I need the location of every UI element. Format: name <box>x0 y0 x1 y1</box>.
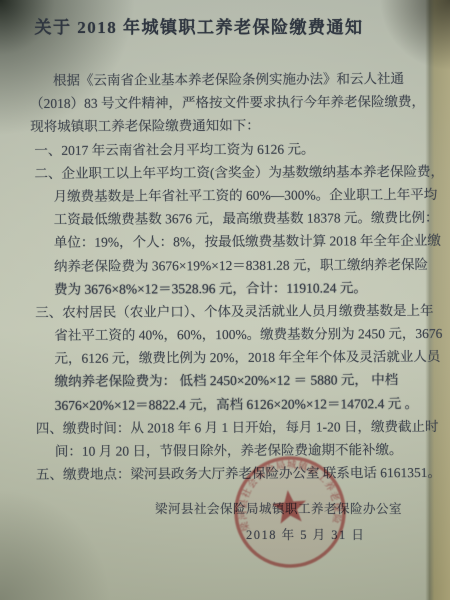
item-3-line: 缴纳养老保险费为： 低档 2450×20%×12 ＝ 5880 元， 中档 <box>54 368 431 393</box>
item-4-line: 四、缴费时间：从 2018 年 6 月 1 日开始，每月 1-20 日，缴费截止… <box>36 415 432 440</box>
item-2-line: 工资最低缴费基数 3676 元，最高缴费基数 18378 元。缴费比例： <box>54 206 431 231</box>
item-2-line: 月缴费基数是上年省社平工资的 60%—300%。企业职工上年平均 <box>54 183 431 208</box>
notice-title: 关于 2018 年城镇职工养老保险缴费通知 <box>0 13 424 38</box>
item-2-line: 单位：19%，个人：8%，按最低缴费基数计算 2018 年全年企业缴 <box>54 229 431 254</box>
intro-line: 根据《云南省企业基本养老保险条例实施办法》和云人社通 <box>30 67 430 92</box>
item-2-line: 二、企业职工以上年平均工资(含奖金）为基数缴纳基本养老保险费， <box>34 160 430 185</box>
item-1-line: 一、2017 年云南省社会月平均工资为 6126 元。 <box>34 137 430 162</box>
notice-body: 根据《云南省企业基本养老保险条例实施办法》和云人社通 （2018）83 号文件精… <box>30 67 432 486</box>
official-seal-stamp: 梁河县社会保险局城镇职工养老保险办公室 <box>224 446 356 578</box>
item-2-line: 纳养老保险费为 3676×19%×12＝8381.28 元，职工缴纳养老保险 <box>54 252 431 277</box>
intro-line: 现将城镇职工养老保险缴费通知如下： <box>30 113 430 138</box>
document-photo: 关于 2018 年城镇职工养老保险缴费通知 根据《云南省企业基本养老保险条例实施… <box>0 0 450 600</box>
item-3-line: 元，6126 元，缴费比例为 20%，2018 年全年个体及灵活就业人员 <box>54 345 431 370</box>
item-3-line: 三、农村居民（农业户口）、个体及灵活就业人员月缴费基数是上年 <box>35 299 431 324</box>
item-3-line: 3676×20%×12＝8822.4 元，高档 6126×20%×12＝1470… <box>55 392 432 417</box>
intro-line: （2018）83 号文件精神，严格按文件要求执行今年养老保险缴费， <box>30 90 430 115</box>
item-2-line: 费为 3676×8%×12＝3528.96 元，合计：11910.24 元。 <box>54 276 431 301</box>
item-3-line: 省社平工资的 40%，60%，100%。缴费基数分别为 2450 元，3676 <box>54 322 431 347</box>
